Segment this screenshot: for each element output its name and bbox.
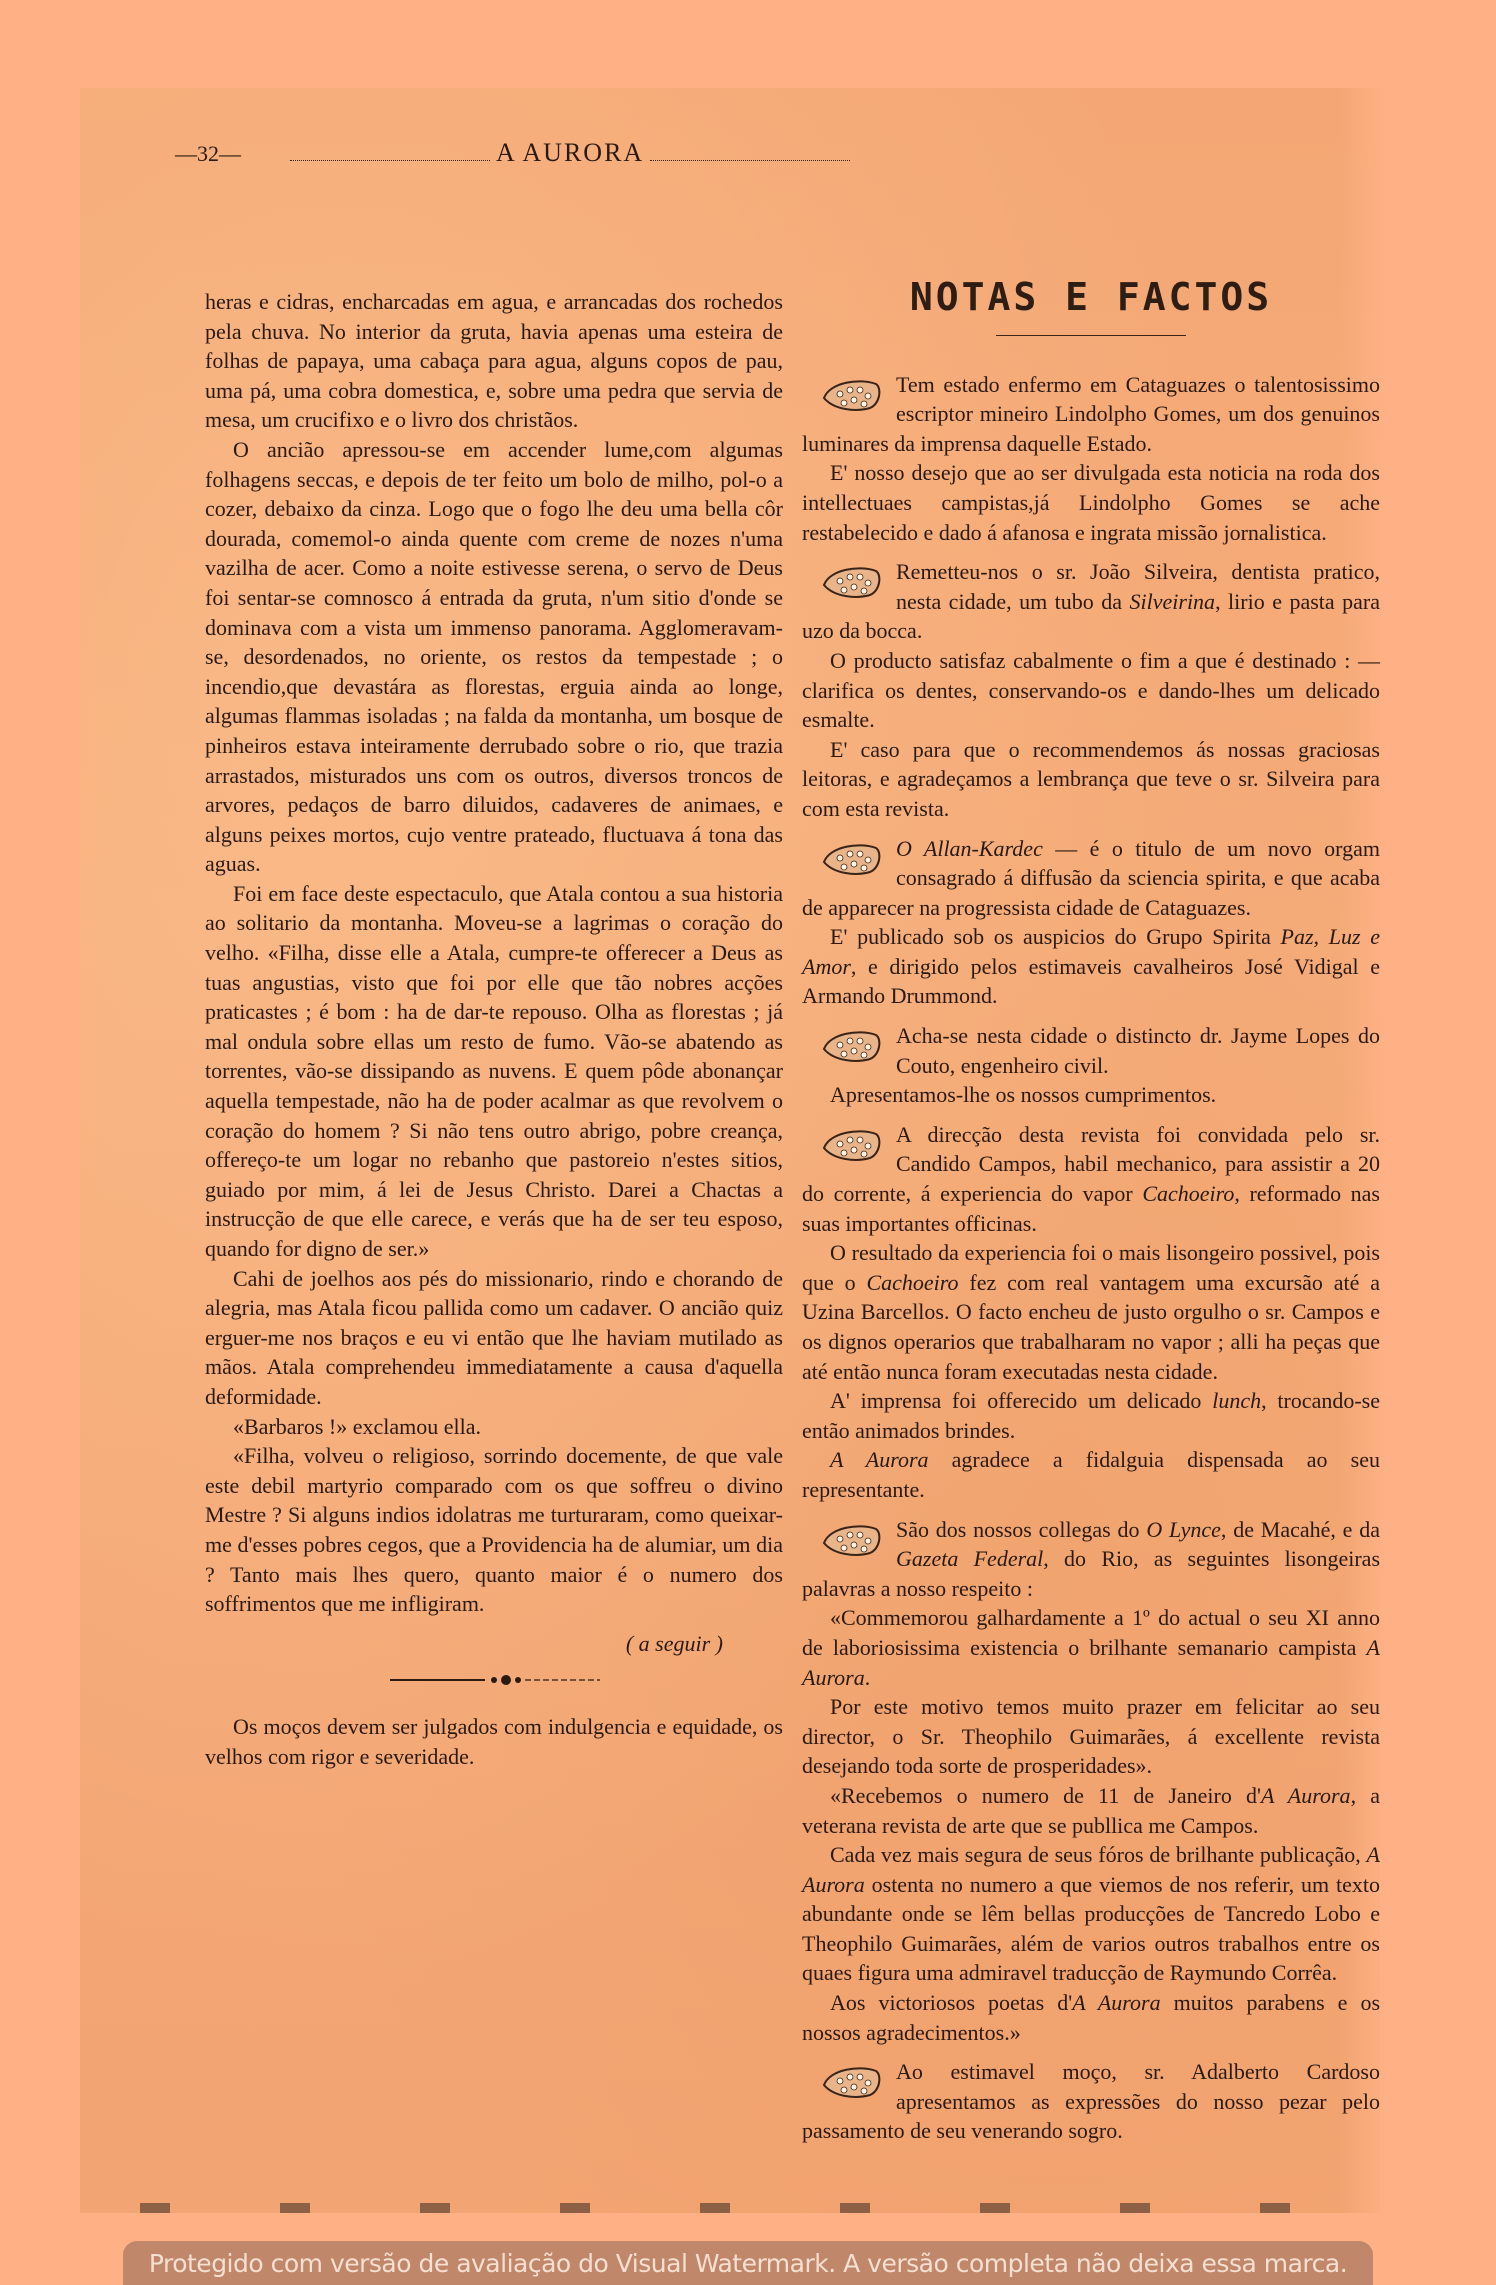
maxim: Os moços devem ser julgados com indulgen… xyxy=(205,1712,783,1771)
news-item: São dos nossos collegas do O Lynce, de M… xyxy=(802,1515,1380,2048)
ornament-leaf-icon xyxy=(820,376,882,414)
page-bottom-edge xyxy=(80,2203,1380,2213)
paragraph: A' imprensa foi offerecido um delicado l… xyxy=(802,1386,1380,1445)
vessel-name: Cachoeiro xyxy=(1142,1181,1234,1206)
paragraph: Cada vez mais segura de seus fóros de br… xyxy=(802,1840,1380,1988)
header-rule-right xyxy=(650,160,850,161)
text-run: E' publicado sob os auspicios do Grupo S… xyxy=(830,924,1281,949)
publication-name: A Aurora xyxy=(830,1447,929,1472)
text-run: , e dirigido pelos estimaveis cavalheiro… xyxy=(802,954,1380,1009)
paragraph: O producto satisfaz cabalmente o fim a q… xyxy=(802,646,1380,735)
paragraph: Cahi de joelhos aos pés do missionario, … xyxy=(205,1264,783,1412)
title-rule xyxy=(996,335,1186,336)
ornament-leaf-icon xyxy=(820,2063,882,2101)
paragraph: O ancião apressou-se em accender lume,co… xyxy=(205,435,783,879)
news-item: Acha-se nesta cidade o distincto dr. Jay… xyxy=(802,1021,1380,1110)
text-run: Cada vez mais segura de seus fóros de br… xyxy=(830,1842,1367,1867)
text-run: — é o titulo de um novo orgam consagrado… xyxy=(802,836,1380,920)
paragraph: «Filha, volveu o religioso, sorrindo doc… xyxy=(205,1441,783,1619)
ornament-leaf-icon xyxy=(820,1027,882,1065)
periodical-name: O Lynce xyxy=(1146,1517,1221,1542)
continuation-note: ( a seguir ) xyxy=(205,1629,783,1659)
paragraph: Ao estimavel moço, sr. Adalberto Cardoso… xyxy=(802,2057,1380,2146)
periodical-name: O Allan-Kardec xyxy=(896,836,1043,861)
publication-name: A Aurora xyxy=(1261,1783,1351,1808)
text-run: , de Macahé, e da xyxy=(1221,1517,1380,1542)
running-header: —32— A AURORA xyxy=(175,138,1095,168)
text-run: «Recebemos o numero de 11 de Janeiro d' xyxy=(830,1783,1261,1808)
publication-name: A Aurora xyxy=(1072,1990,1160,2015)
ornament-leaf-icon xyxy=(820,1126,882,1164)
news-item: Ao estimavel moço, sr. Adalberto Cardoso… xyxy=(802,2057,1380,2146)
vessel-name: Cachoeiro xyxy=(866,1270,958,1295)
text-run: , do Rio, as seguintes lisongeiras palav… xyxy=(802,1546,1380,1601)
paragraph: O resultado da experiencia foi o mais li… xyxy=(802,1238,1380,1386)
paragraph: E' publicado sob os auspicios do Grupo S… xyxy=(802,922,1380,1011)
paragraph: Remetteu-nos o sr. João Silveira, dentis… xyxy=(802,557,1380,646)
ornament-leaf-icon xyxy=(820,563,882,601)
page-number: —32— xyxy=(175,141,290,167)
left-column: heras e cidras, encharcadas em agua, e a… xyxy=(205,287,783,1771)
news-item: Remetteu-nos o sr. João Silveira, dentis… xyxy=(802,557,1380,823)
header-rule-left xyxy=(290,160,490,161)
ornament-leaf-icon xyxy=(820,840,882,878)
paragraph: A Aurora agradece a fidalguia dispensada… xyxy=(802,1445,1380,1504)
news-item: A direcção desta revista foi convidada p… xyxy=(802,1120,1380,1505)
paragraph: O Allan-Kardec — é o titulo de um novo o… xyxy=(802,834,1380,923)
paragraph: «Recebemos o numero de 11 de Janeiro d'A… xyxy=(802,1781,1380,1840)
paragraph: heras e cidras, encharcadas em agua, e a… xyxy=(205,287,783,435)
news-item: O Allan-Kardec — é o titulo de um novo o… xyxy=(802,834,1380,1012)
paragraph: Apresentamos-lhe os nossos cumprimentos. xyxy=(802,1080,1380,1110)
text-run: São dos nossos collegas do xyxy=(896,1517,1146,1542)
text-run: «Commemorou galhardamente a 1º do actual… xyxy=(802,1605,1380,1660)
paragraph: E' nosso desejo que ao ser divulgada est… xyxy=(802,458,1380,547)
section-title: NOTAS E FACTOS xyxy=(802,283,1380,313)
ornamental-divider-icon xyxy=(390,1674,650,1686)
paragraph: A direcção desta revista foi convidada p… xyxy=(802,1120,1380,1238)
paragraph: Foi em face deste espectaculo, que Atala… xyxy=(205,879,783,1264)
publication-title: A AURORA xyxy=(490,138,650,168)
paragraph: Aos victoriosos poetas d'A Aurora muitos… xyxy=(802,1988,1380,2047)
foreign-word: lunch xyxy=(1212,1388,1261,1413)
paragraph: São dos nossos collegas do O Lynce, de M… xyxy=(802,1515,1380,1604)
paragraph: Acha-se nesta cidade o distincto dr. Jay… xyxy=(802,1021,1380,1080)
watermark-banner: Protegido com versão de avaliação do Vis… xyxy=(123,2241,1373,2285)
paragraph: «Barbaros !» exclamou ella. xyxy=(205,1412,783,1442)
paragraph: «Commemorou galhardamente a 1º do actual… xyxy=(802,1603,1380,1692)
paragraph: Por este motivo temos muito prazer em fe… xyxy=(802,1692,1380,1781)
product-name: Silveirina xyxy=(1130,589,1216,614)
text-run: ostenta no numero a que viemos de nos re… xyxy=(802,1872,1380,1986)
news-item: Tem estado enfermo em Cataguazes o talen… xyxy=(802,370,1380,548)
ornament-leaf-icon xyxy=(820,1521,882,1559)
text-run: A' imprensa foi offerecido um delicado xyxy=(830,1388,1212,1413)
right-column: NOTAS E FACTOS Tem estado enfermo em Cat… xyxy=(802,273,1380,2156)
paragraph: E' caso para que o recommendemos ás noss… xyxy=(802,735,1380,824)
paragraph: Tem estado enfermo em Cataguazes o talen… xyxy=(802,370,1380,459)
text-run: Aos victoriosos poetas d' xyxy=(830,1990,1072,2015)
periodical-name: Gazeta Federal xyxy=(896,1546,1043,1571)
text-run: . xyxy=(865,1665,871,1690)
